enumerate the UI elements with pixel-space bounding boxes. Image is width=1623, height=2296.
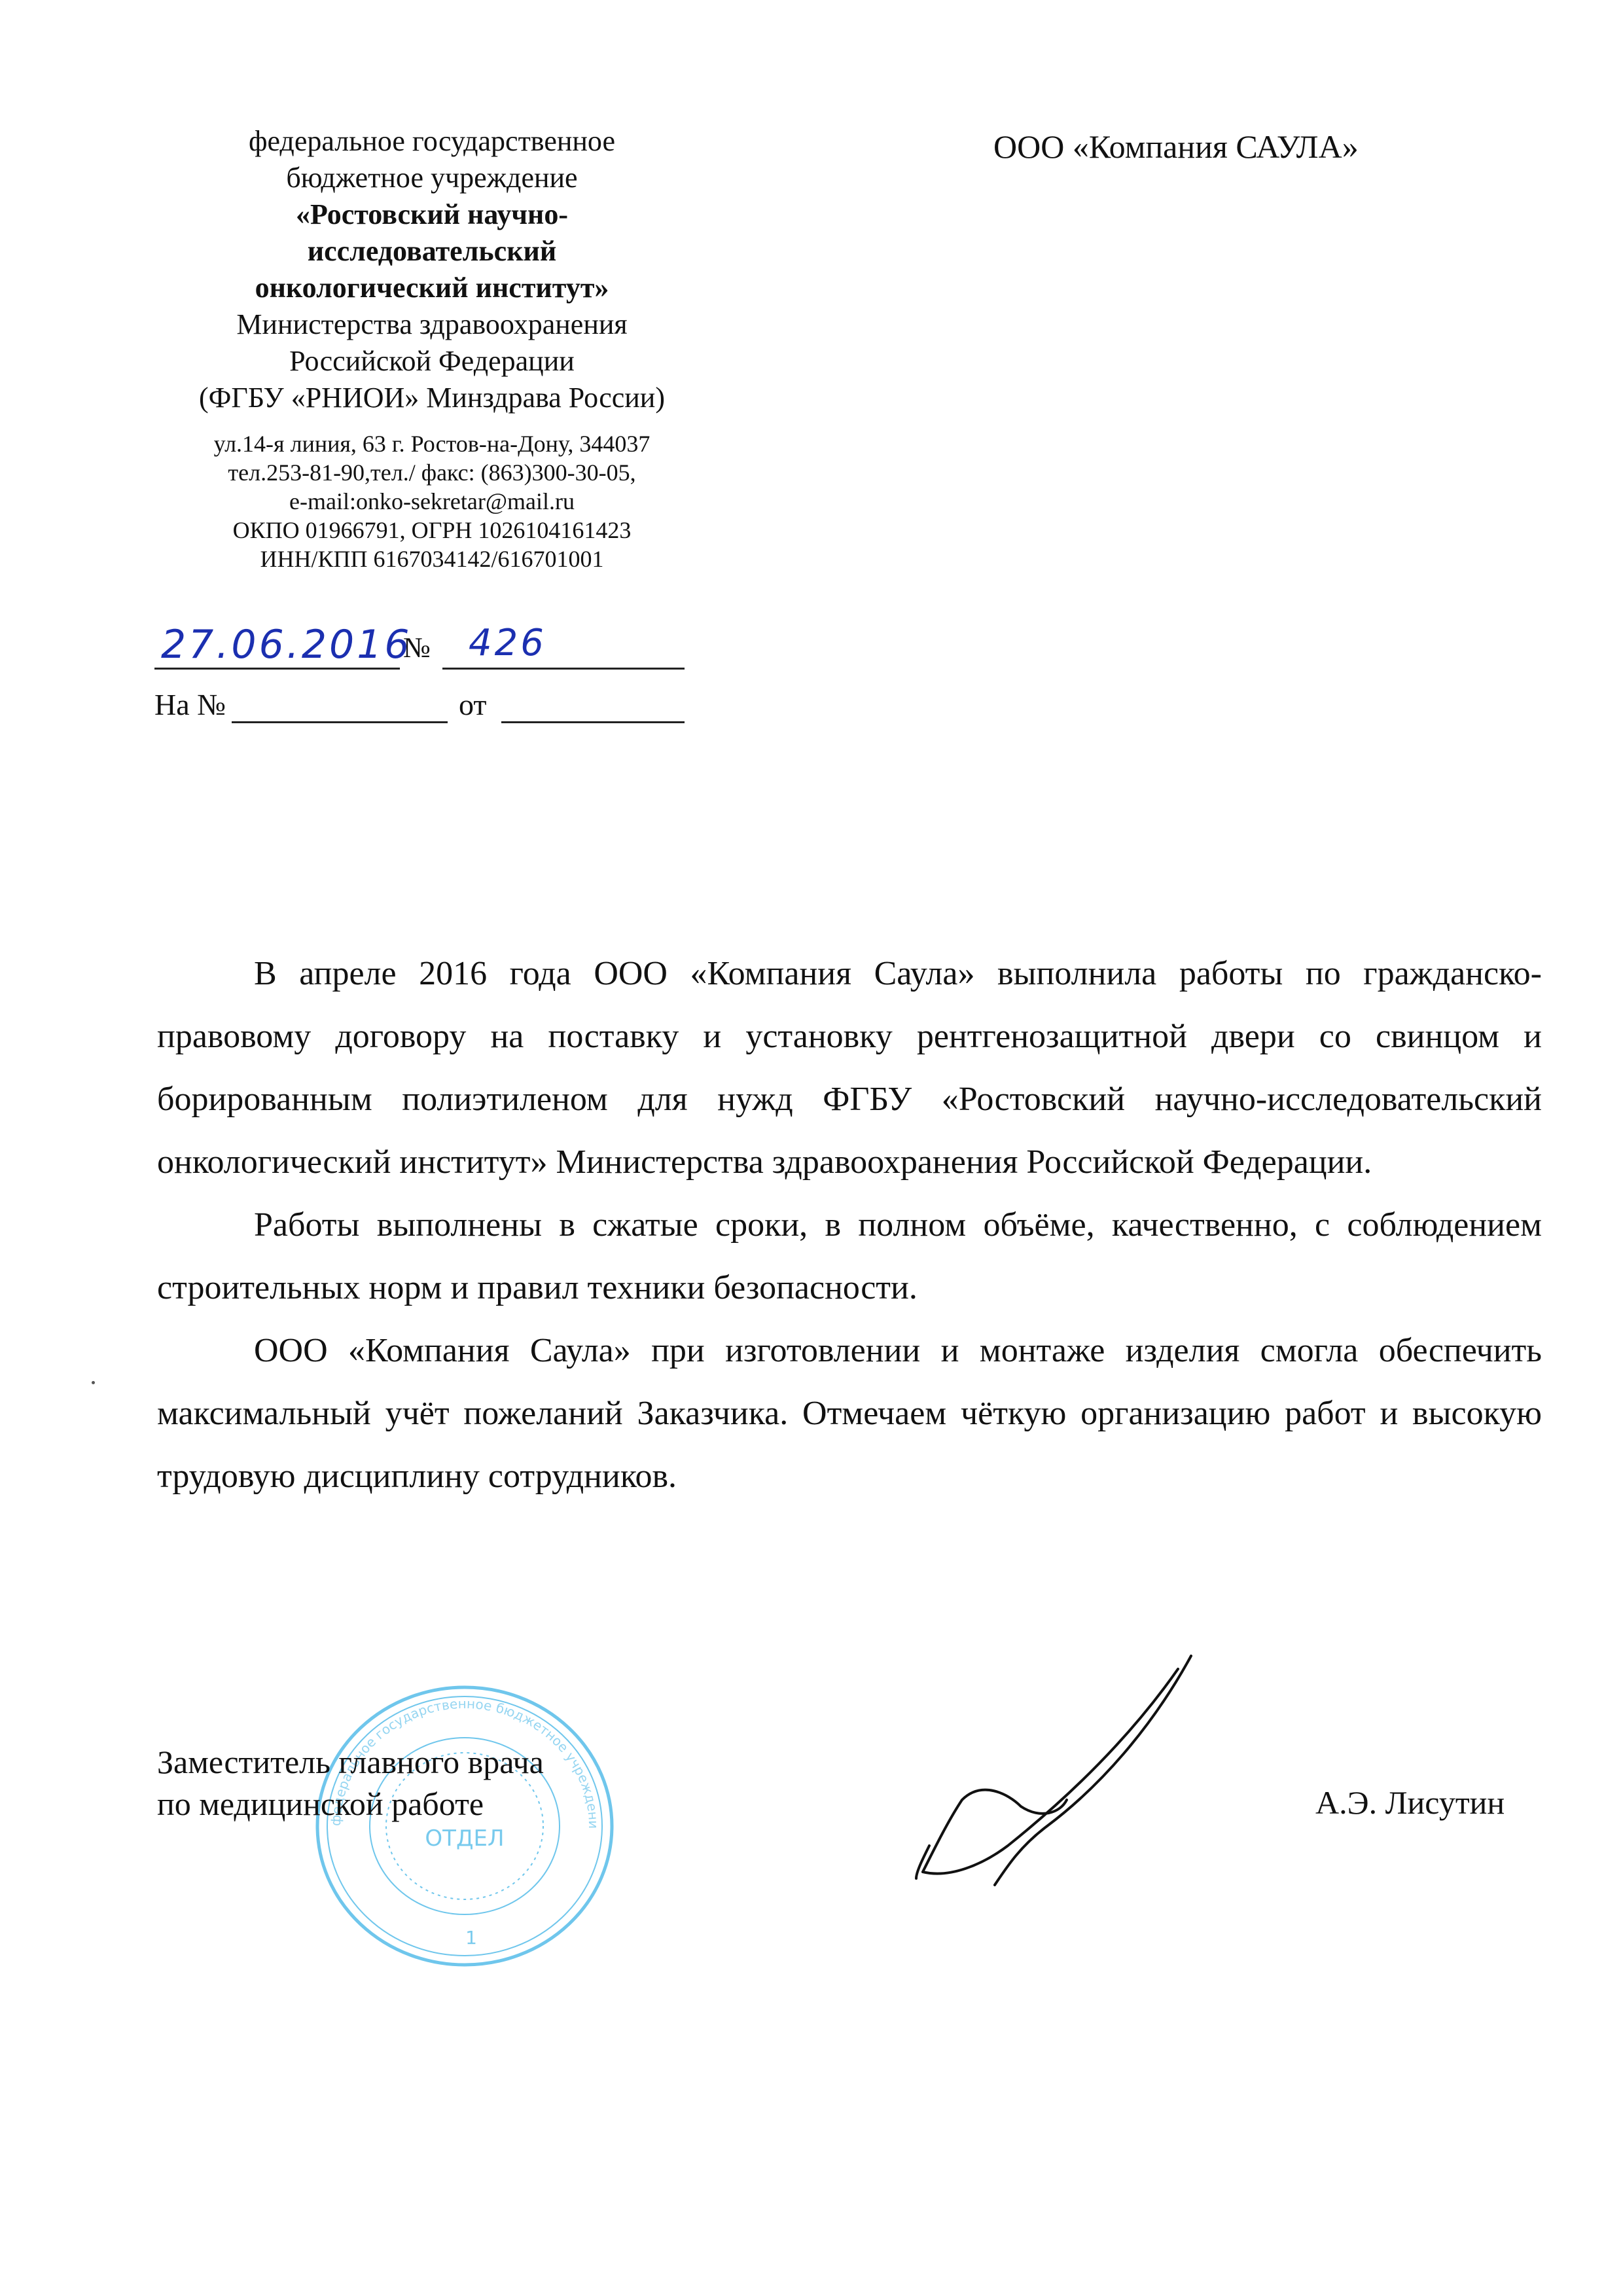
stamp-number: 1 (465, 1927, 477, 1948)
from-label: от (459, 687, 487, 722)
institute-name: исследовательский (151, 233, 713, 270)
handwritten-date: 27.06.2016 (161, 622, 412, 668)
date-underline (154, 668, 400, 670)
reply-number-underline (232, 721, 448, 723)
letterhead-abbrev: (ФГБУ «РНИОИ» Минздрава России) (151, 380, 713, 416)
number-label: № (403, 631, 431, 664)
official-stamp-icon: федеральное государственное бюджетное уч… (308, 1682, 622, 1970)
signatory-name: А.Э. Лисутин (1315, 1784, 1505, 1821)
scan-speck (92, 1381, 95, 1384)
body-paragraph: В апреле 2016 года ООО «Компания Саула» … (157, 942, 1542, 1194)
reply-date-underline (501, 721, 685, 723)
email: e-mail:onko-sekretar@mail.ru (151, 487, 713, 516)
address: ул.14-я линия, 63 г. Ростов-на-Дону, 344… (151, 429, 713, 458)
registration-row: 27.06.2016 № 426 (154, 622, 685, 674)
letterhead-contacts: ул.14-я линия, 63 г. Ростов-на-Дону, 344… (151, 429, 713, 573)
stamp-center-text: ОТДЕЛ (425, 1825, 504, 1852)
handwritten-number: 426 (469, 622, 546, 664)
signatory-title-line: Заместитель главного врача (157, 1741, 544, 1783)
letterhead-line: федеральное государственное (151, 123, 713, 160)
signatory-title-line: по медицинской работе (157, 1783, 544, 1825)
reply-reference-row: На № от (154, 687, 685, 726)
recipient: ООО «Компания САУЛА» (993, 128, 1359, 166)
inn-kpp: ИНН/КПП 6167034142/616701001 (151, 545, 713, 573)
letterhead: федеральное государственное бюджетное уч… (151, 123, 713, 573)
reply-label: На № (154, 687, 226, 722)
letter-body: В апреле 2016 года ООО «Компания Саула» … (157, 942, 1542, 1508)
letterhead-line: бюджетное учреждение (151, 160, 713, 196)
signatory-title: Заместитель главного врача по медицинско… (157, 1741, 544, 1825)
number-underline (442, 668, 685, 670)
body-paragraph: ООО «Компания Саула» при изготовлении и … (157, 1319, 1542, 1508)
institute-name: «Ростовский научно- (151, 196, 713, 233)
letterhead-line: Министерства здравоохранения (151, 306, 713, 343)
signature-icon (851, 1649, 1204, 1892)
phone: тел.253-81-90,тел./ факс: (863)300-30-05… (151, 458, 713, 487)
okpo-ogrn: ОКПО 01966791, ОГРН 1026104161423 (151, 516, 713, 545)
institute-name: онкологический институт» (151, 270, 713, 306)
letterhead-line: Российской Федерации (151, 343, 713, 380)
body-paragraph: Работы выполнены в сжатые сроки, в полно… (157, 1194, 1542, 1319)
